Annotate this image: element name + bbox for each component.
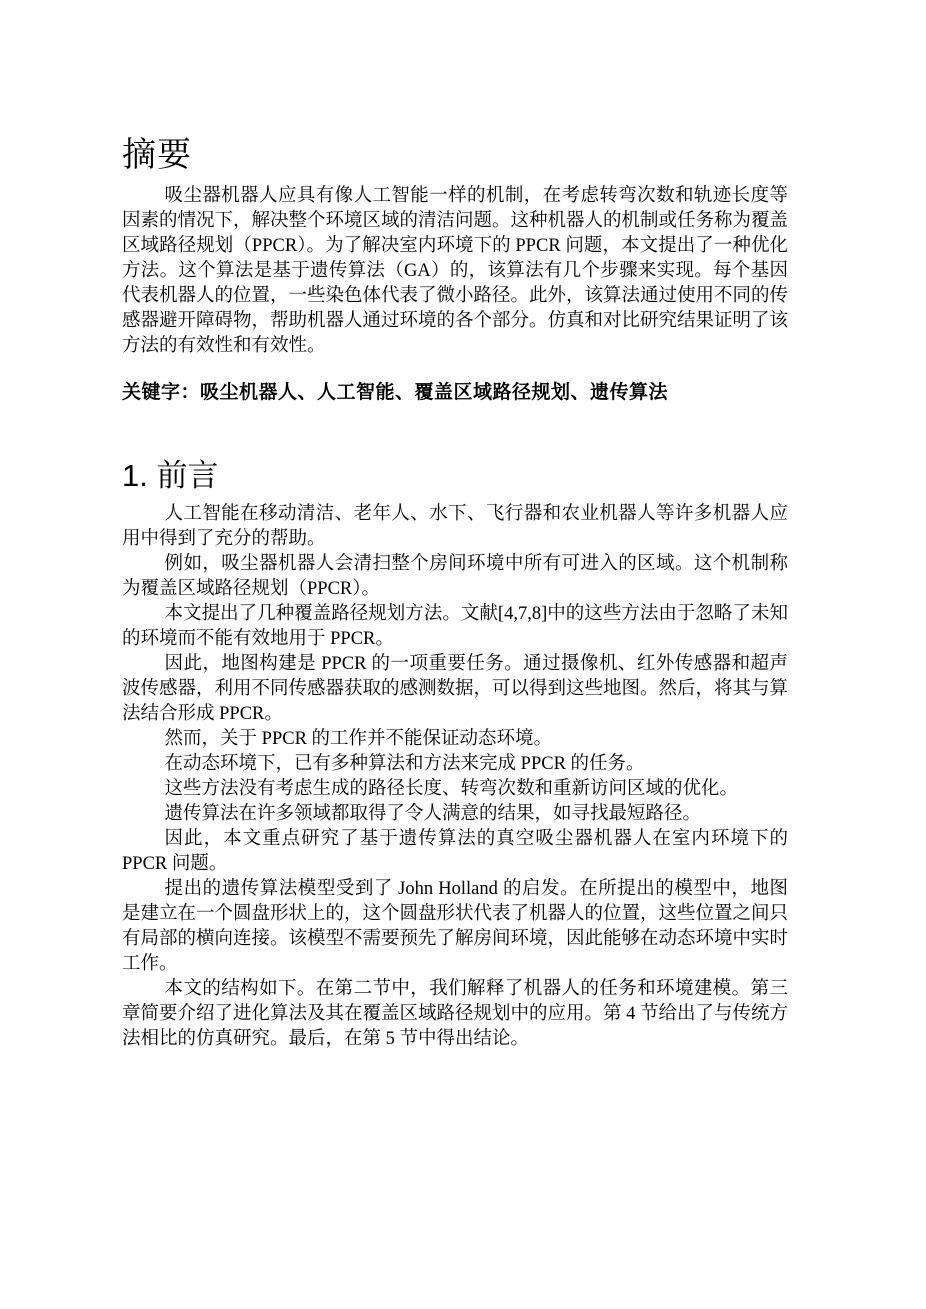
intro-paragraph: 提出的遗传算法模型受到了 John Holland 的启发。在所提出的模型中，地… bbox=[122, 877, 788, 977]
intro-paragraph: 本文的结构如下。在第二节中，我们解释了机器人的任务和环境建模。第三章简要介绍了进… bbox=[122, 977, 788, 1052]
intro-paragraph: 遗传算法在许多领域都取得了令人满意的结果，如寻找最短路径。 bbox=[122, 802, 788, 827]
intro-paragraph: 因此，本文重点研究了基于遗传算法的真空吸尘器机器人在室内环境下的 PPCR 问题… bbox=[122, 827, 788, 877]
abstract-paragraph: 吸尘器机器人应具有像人工智能一样的机制，在考虑转弯次数和轨迹长度等因素的情况下，… bbox=[122, 184, 788, 359]
intro-paragraph: 本文提出了几种覆盖路径规划方法。文献[4,7,8]中的这些方法由于忽略了未知的环… bbox=[122, 602, 788, 652]
abstract-heading: 摘要 bbox=[122, 137, 192, 174]
intro-paragraph: 然而，关于 PPCR 的工作并不能保证动态环境。 bbox=[122, 727, 788, 752]
intro-paragraph: 例如，吸尘器机器人会清扫整个房间环境中所有可进入的区域。这个机制称为覆盖区域路径… bbox=[122, 552, 788, 602]
intro-paragraph: 因此，地图构建是 PPCR 的一项重要任务。通过摄像机、红外传感器和超声波传感器… bbox=[122, 652, 788, 727]
keywords-line: 关键字：吸尘机器人、人工智能、覆盖区域路径规划、遗传算法 bbox=[122, 380, 822, 405]
section-1-heading: 1. 前言 bbox=[122, 459, 218, 493]
intro-paragraph: 在动态环境下，已有多种算法和方法来完成 PPCR 的任务。 bbox=[122, 752, 788, 777]
document-page: 摘要 吸尘器机器人应具有像人工智能一样的机制，在考虑转弯次数和轨迹长度等因素的情… bbox=[0, 0, 926, 1309]
intro-paragraph: 人工智能在移动清洁、老年人、水下、飞行器和农业机器人等许多机器人应用中得到了充分… bbox=[122, 502, 788, 552]
introduction-section: 人工智能在移动清洁、老年人、水下、飞行器和农业机器人等许多机器人应用中得到了充分… bbox=[122, 502, 788, 1052]
intro-paragraph: 这些方法没有考虑生成的路径长度、转弯次数和重新访问区域的优化。 bbox=[122, 777, 788, 802]
